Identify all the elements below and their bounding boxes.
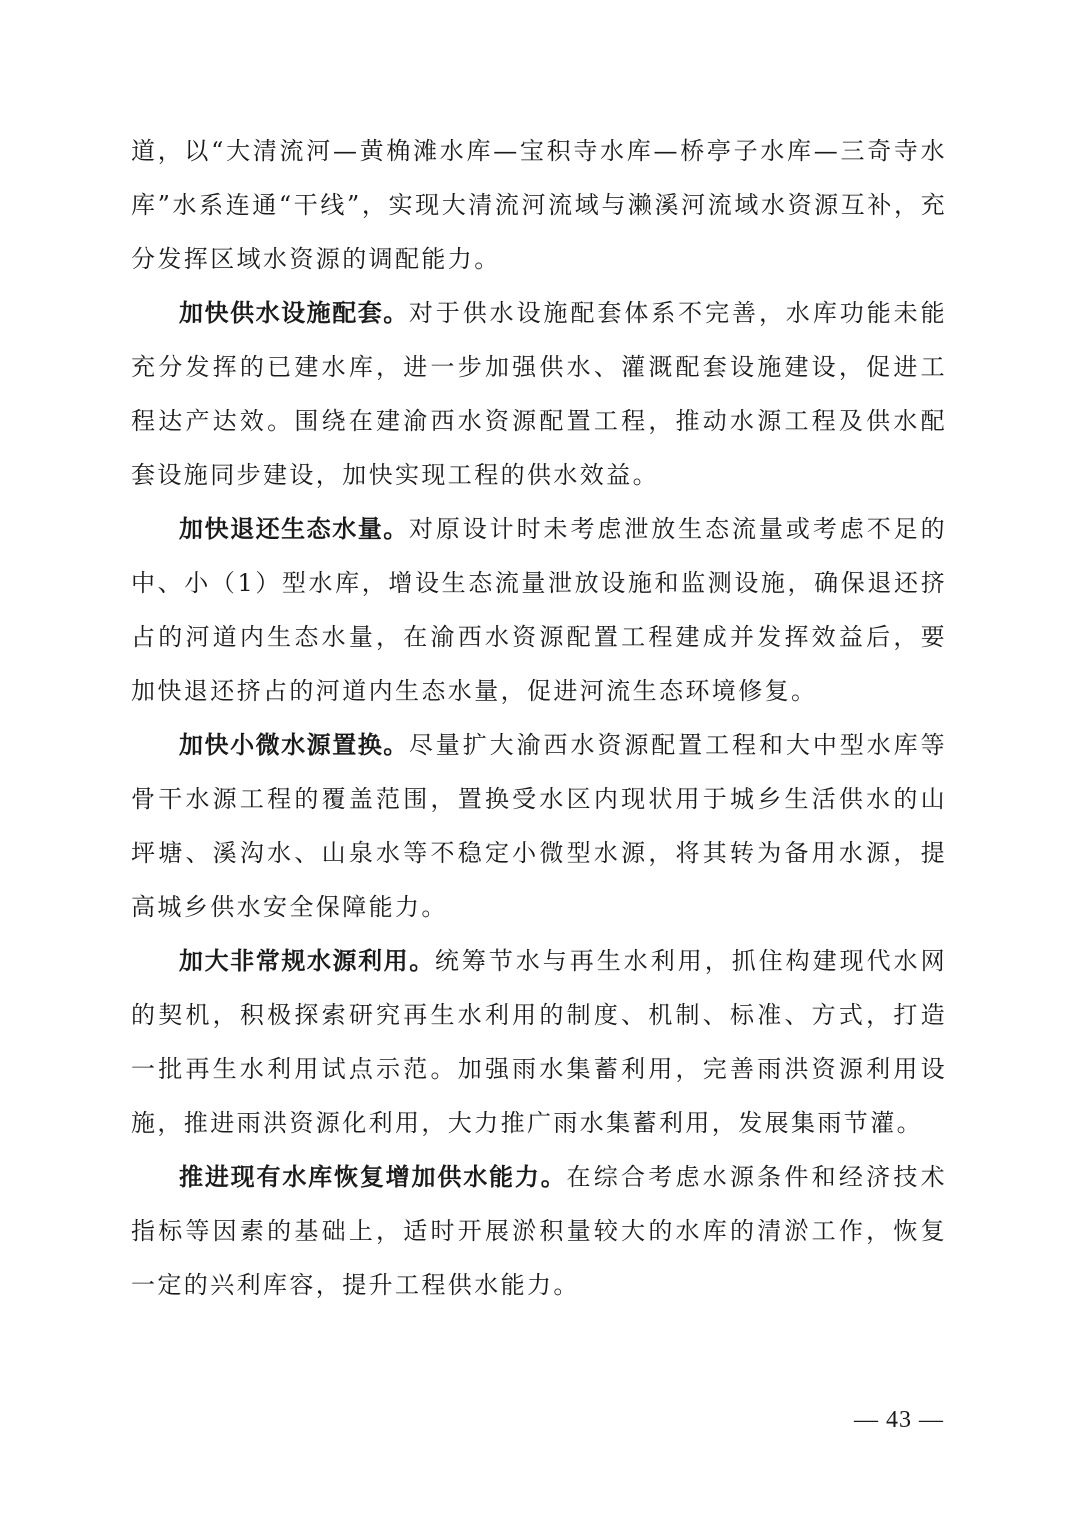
paragraph-unconventional-water: 加大非常规水源利用。统筹节水与再生水利用，抓住构建现代水网的契机，积极探索研究再… xyxy=(131,934,947,1150)
paragraph-heading: 加大非常规水源利用。 xyxy=(179,947,435,975)
paragraph-ecological-water: 加快退还生态水量。对原设计时未考虑泄放生态流量或考虑不足的中、小（1）型水库，增… xyxy=(131,502,947,718)
paragraph-text: 对于供水设施配套体系不完善，水库功能未能充分发挥的已建水库，进一步加强供水、灌溉… xyxy=(131,299,947,489)
page-number: — 43 — xyxy=(854,1407,944,1434)
paragraph-text: 道，以“大清流河—黄桷滩水库—宝积寺水库—桥亭子水库—三奇寺水库”水系连通“干线… xyxy=(131,137,947,273)
paragraph-heading: 加快小微水源置换。 xyxy=(179,731,409,759)
paragraph-supply-facilities: 加快供水设施配套。对于供水设施配套体系不完善，水库功能未能充分发挥的已建水库，进… xyxy=(131,286,947,502)
paragraph-reservoir-restoration: 推进现有水库恢复增加供水能力。在综合考虑水源条件和经济技术指标等因素的基础上，适… xyxy=(131,1150,947,1312)
paragraph-small-water-sources: 加快小微水源置换。尽量扩大渝西水资源配置工程和大中型水库等骨干水源工程的覆盖范围… xyxy=(131,718,947,934)
paragraph-continuation: 道，以“大清流河—黄桷滩水库—宝积寺水库—桥亭子水库—三奇寺水库”水系连通“干线… xyxy=(131,124,947,286)
paragraph-heading: 推进现有水库恢复增加供水能力。 xyxy=(179,1163,567,1191)
paragraph-text: 尽量扩大渝西水资源配置工程和大中型水库等骨干水源工程的覆盖范围，置换受水区内现状… xyxy=(131,731,947,921)
paragraph-heading: 加快供水设施配套。 xyxy=(179,299,409,327)
document-page: 道，以“大清流河—黄桷滩水库—宝积寺水库—桥亭子水库—三奇寺水库”水系连通“干线… xyxy=(131,124,947,1312)
paragraph-heading: 加快退还生态水量。 xyxy=(179,515,409,543)
paragraph-text: 对原设计时未考虑泄放生态流量或考虑不足的中、小（1）型水库，增设生态流量泄放设施… xyxy=(131,515,947,705)
paragraph-text: 统筹节水与再生水利用，抓住构建现代水网的契机，积极探索研究再生水利用的制度、机制… xyxy=(131,947,947,1137)
